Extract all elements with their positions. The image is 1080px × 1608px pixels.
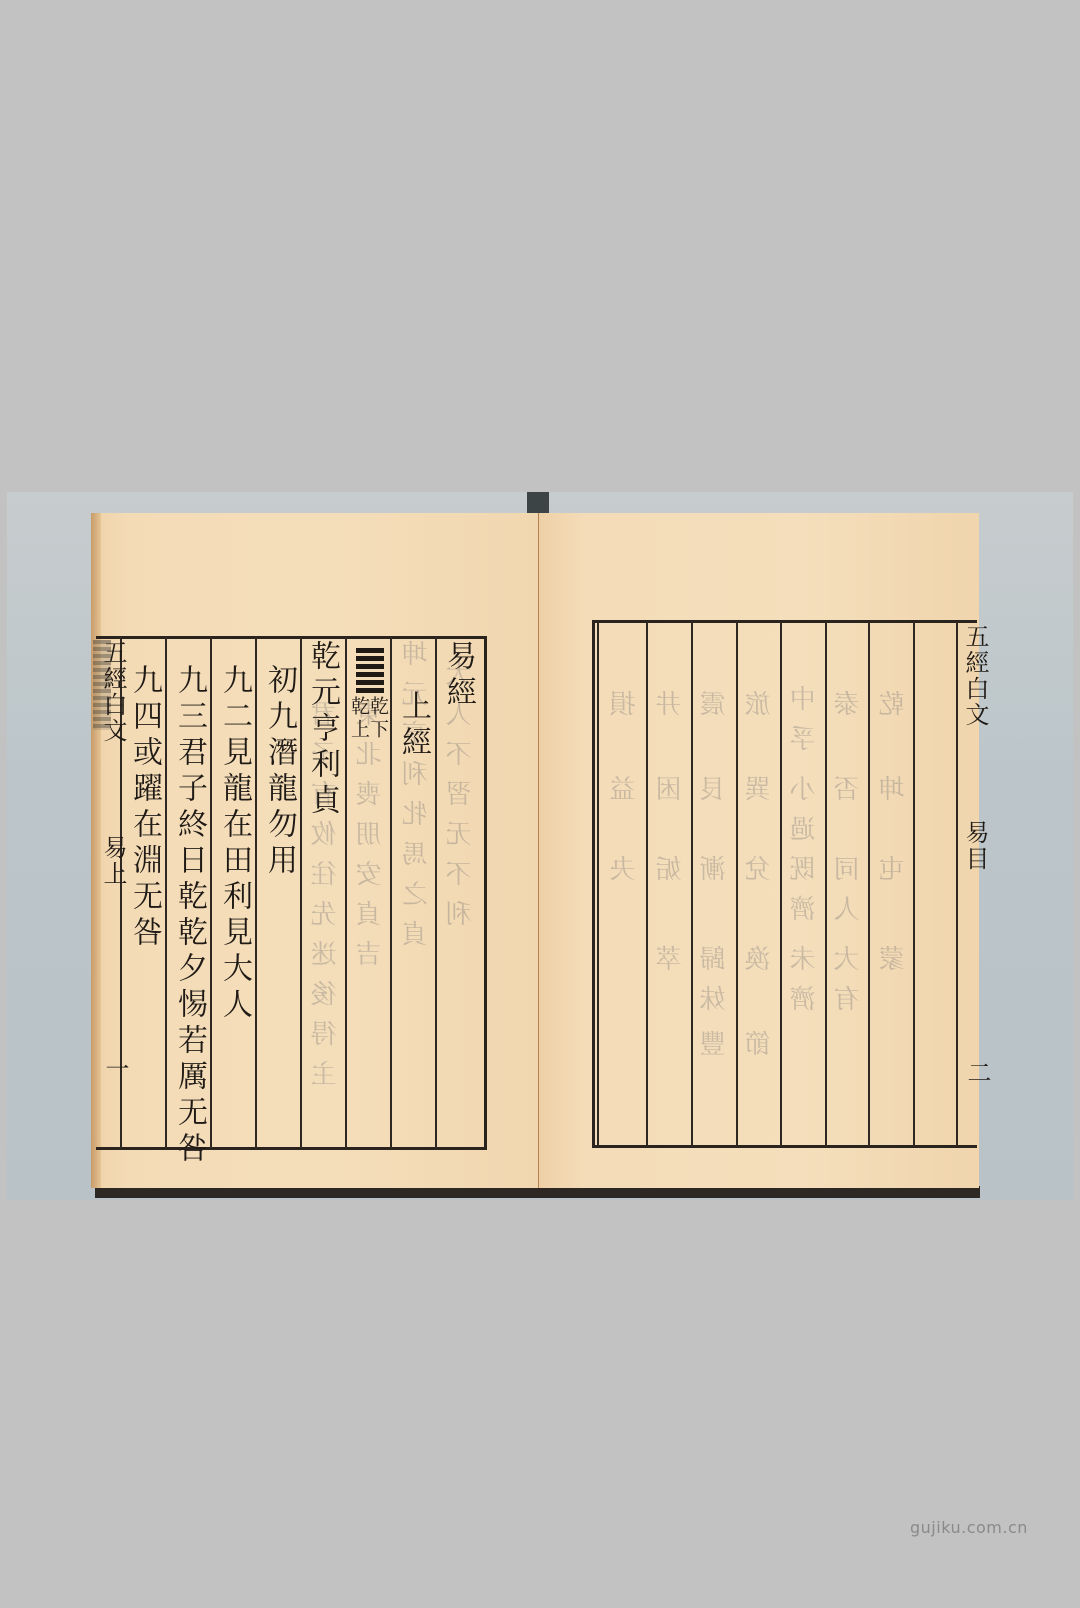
spine-cap bbox=[527, 492, 549, 514]
page-number: 二 bbox=[960, 1060, 994, 1086]
page-number: 一 bbox=[98, 1056, 132, 1082]
right-page-frame bbox=[592, 620, 977, 1148]
margin-title: 五經白文 bbox=[96, 640, 130, 744]
text-column: 九二見龍在田利見大人 bbox=[217, 664, 251, 1024]
column-rule bbox=[780, 622, 782, 1146]
qian-hexagram-icon bbox=[356, 648, 384, 696]
column-rule bbox=[345, 636, 347, 1150]
watermark: gujiku.com.cn bbox=[910, 1518, 1028, 1537]
text-column: 九四或躍在淵无咎 bbox=[127, 664, 161, 952]
column-rule bbox=[736, 622, 738, 1146]
column-rule bbox=[165, 636, 167, 1150]
margin-chapter: 易目 bbox=[958, 820, 992, 872]
book-title: 易經 bbox=[441, 640, 475, 712]
column-rule bbox=[435, 636, 437, 1150]
column-rule bbox=[255, 636, 257, 1150]
column-rule bbox=[300, 636, 302, 1150]
text-column: 乾元亨利貞 bbox=[305, 640, 339, 820]
text-column: 初九潛龍勿用 bbox=[262, 664, 296, 880]
text-column: 九三君子終日乾乾夕惕若厲无咎 bbox=[172, 664, 206, 1168]
column-rule bbox=[825, 622, 827, 1146]
column-rule bbox=[913, 622, 915, 1146]
column-rule bbox=[390, 636, 392, 1150]
section-title: 上經 bbox=[396, 690, 430, 762]
column-rule bbox=[210, 636, 212, 1150]
column-rule bbox=[691, 622, 693, 1146]
margin-chapter: 易上 bbox=[96, 835, 130, 887]
column-rule bbox=[597, 622, 599, 1146]
hexagram-note-upper: 乾上 bbox=[349, 696, 369, 742]
hexagram-note-lower: 乾下 bbox=[368, 696, 388, 742]
margin-title: 五經白文 bbox=[958, 624, 992, 728]
column-rule bbox=[646, 622, 648, 1146]
column-rule bbox=[868, 622, 870, 1146]
